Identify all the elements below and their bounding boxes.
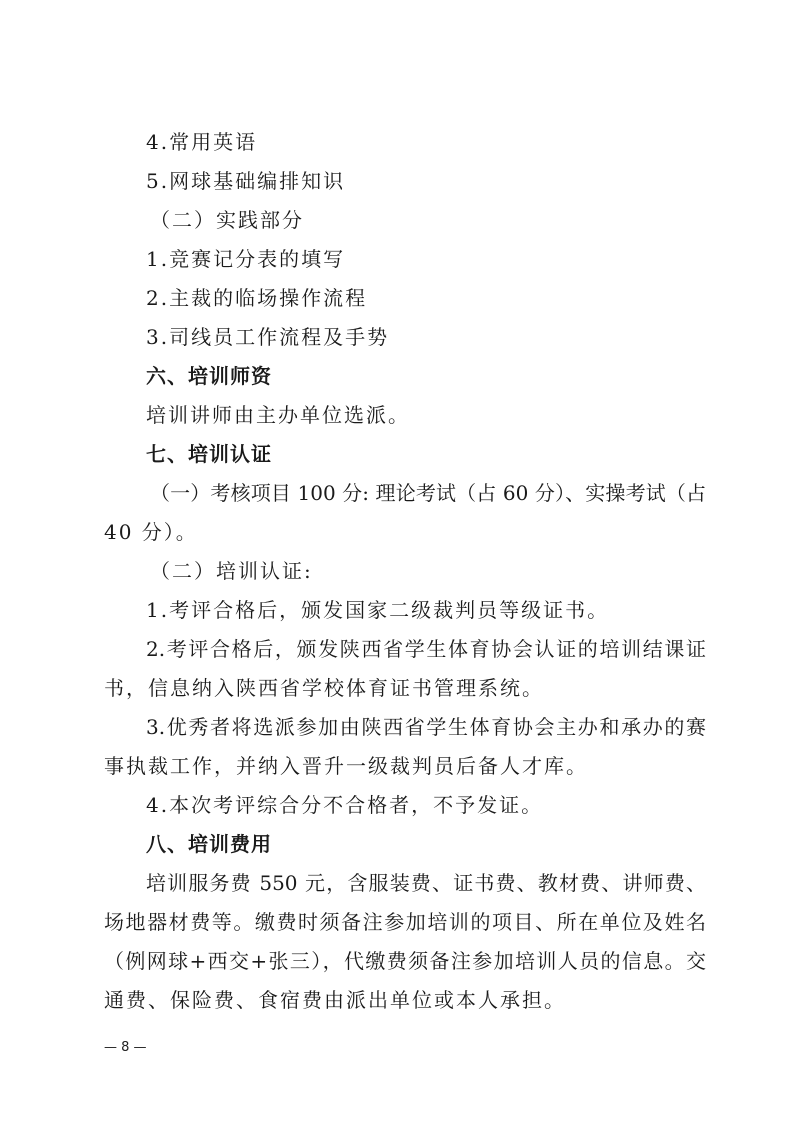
section-heading: 七、培训认证	[146, 440, 272, 468]
text-line: 1.考评合格后，颁发国家二级裁判员等级证书。	[146, 596, 609, 624]
text-line: （例网球+西交+张三），代缴费须备注参加培训人员的信息。交	[104, 947, 706, 975]
text-line: （二）实践部分	[150, 206, 304, 234]
section-heading: 八、培训费用	[146, 830, 272, 858]
text-line: 培训讲师由主办单位选派。	[146, 401, 410, 429]
text-line: 培训服务费 550 元，含服装费、证书费、教材费、讲师费、	[146, 869, 706, 897]
text-line: 2.考评合格后，颁发陕西省学生体育协会认证的培训结课证	[146, 635, 706, 663]
section-heading: 六、培训师资	[146, 362, 272, 390]
text-line: 通费、保险费、食宿费由派出单位或本人承担。	[104, 986, 566, 1014]
text-line: 3.司线员工作流程及手势	[146, 323, 389, 351]
text-line: 40 分）。	[104, 518, 198, 546]
text-line: 书，信息纳入陕西省学校体育证书管理系统。	[104, 674, 544, 702]
text-line: （一）考核项目 100 分: 理论考试（占 60 分）、实操考试（占	[150, 479, 706, 507]
page-number: — 8 —	[104, 1040, 147, 1055]
text-line: （二）培训认证:	[150, 557, 313, 585]
text-line: 2.主裁的临场操作流程	[146, 284, 367, 312]
document-page: 4.常用英语5.网球基础编排知识（二）实践部分1.竞赛记分表的填写2.主裁的临场…	[0, 0, 800, 1131]
text-line: 3.优秀者将选派参加由陕西省学生体育协会主办和承办的赛	[146, 713, 706, 741]
text-line: 事执裁工作，并纳入晋升一级裁判员后备人才库。	[104, 752, 588, 780]
text-line: 4.常用英语	[146, 128, 257, 156]
text-line: 4.本次考评综合分不合格者，不予发证。	[146, 791, 543, 819]
text-line: 1.竞赛记分表的填写	[146, 245, 345, 273]
text-line: 5.网球基础编排知识	[146, 167, 345, 195]
text-line: 场地器材费等。缴费时须备注参加培训的项目、所在单位及姓名	[104, 908, 706, 936]
